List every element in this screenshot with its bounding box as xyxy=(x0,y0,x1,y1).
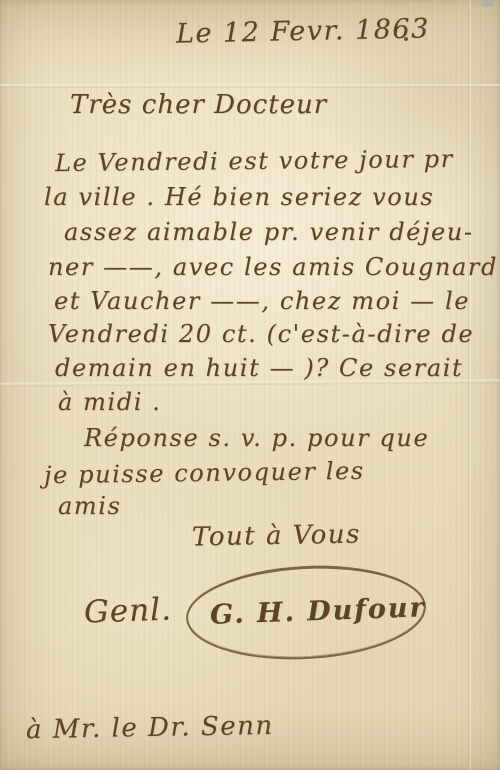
addressee-line: à Mr. le Dr. Senn xyxy=(26,711,274,745)
body-line: demain en huit — )? Ce serait xyxy=(55,354,463,382)
body-line: et Vaucher ——, chez moi — le xyxy=(54,287,470,315)
body-line: à midi . xyxy=(58,388,161,416)
closing-line: Tout à Vous xyxy=(192,520,361,553)
salutation: Très cher Docteur xyxy=(70,90,327,120)
body-line: assez aimable pr. venir déjeu- xyxy=(64,218,474,246)
body-line: ner ——, avec les amis Cougnard xyxy=(48,253,498,281)
date-line: Le 12 Fevr. 1863 xyxy=(176,13,430,49)
paper-corner-mark xyxy=(482,0,494,7)
body-line: la ville . Hé bien seriez vous xyxy=(44,183,434,211)
body-line: Le Vendredi est votre jour pr xyxy=(55,145,454,177)
body-line: Réponse s. v. p. pour que xyxy=(84,424,429,452)
body-line: Vendredi 20 ct. (c'est-à-dire de xyxy=(48,320,474,348)
fold-crease-top xyxy=(0,84,500,88)
signature-rank: Genl. xyxy=(83,591,172,630)
body-line: amis xyxy=(58,492,121,520)
letter-page: Le 12 Fevr. 1863 Très cher Docteur Le Ve… xyxy=(0,0,500,770)
body-line: je puisse convoquer les xyxy=(44,457,365,489)
fold-crease-vertical xyxy=(468,0,471,770)
